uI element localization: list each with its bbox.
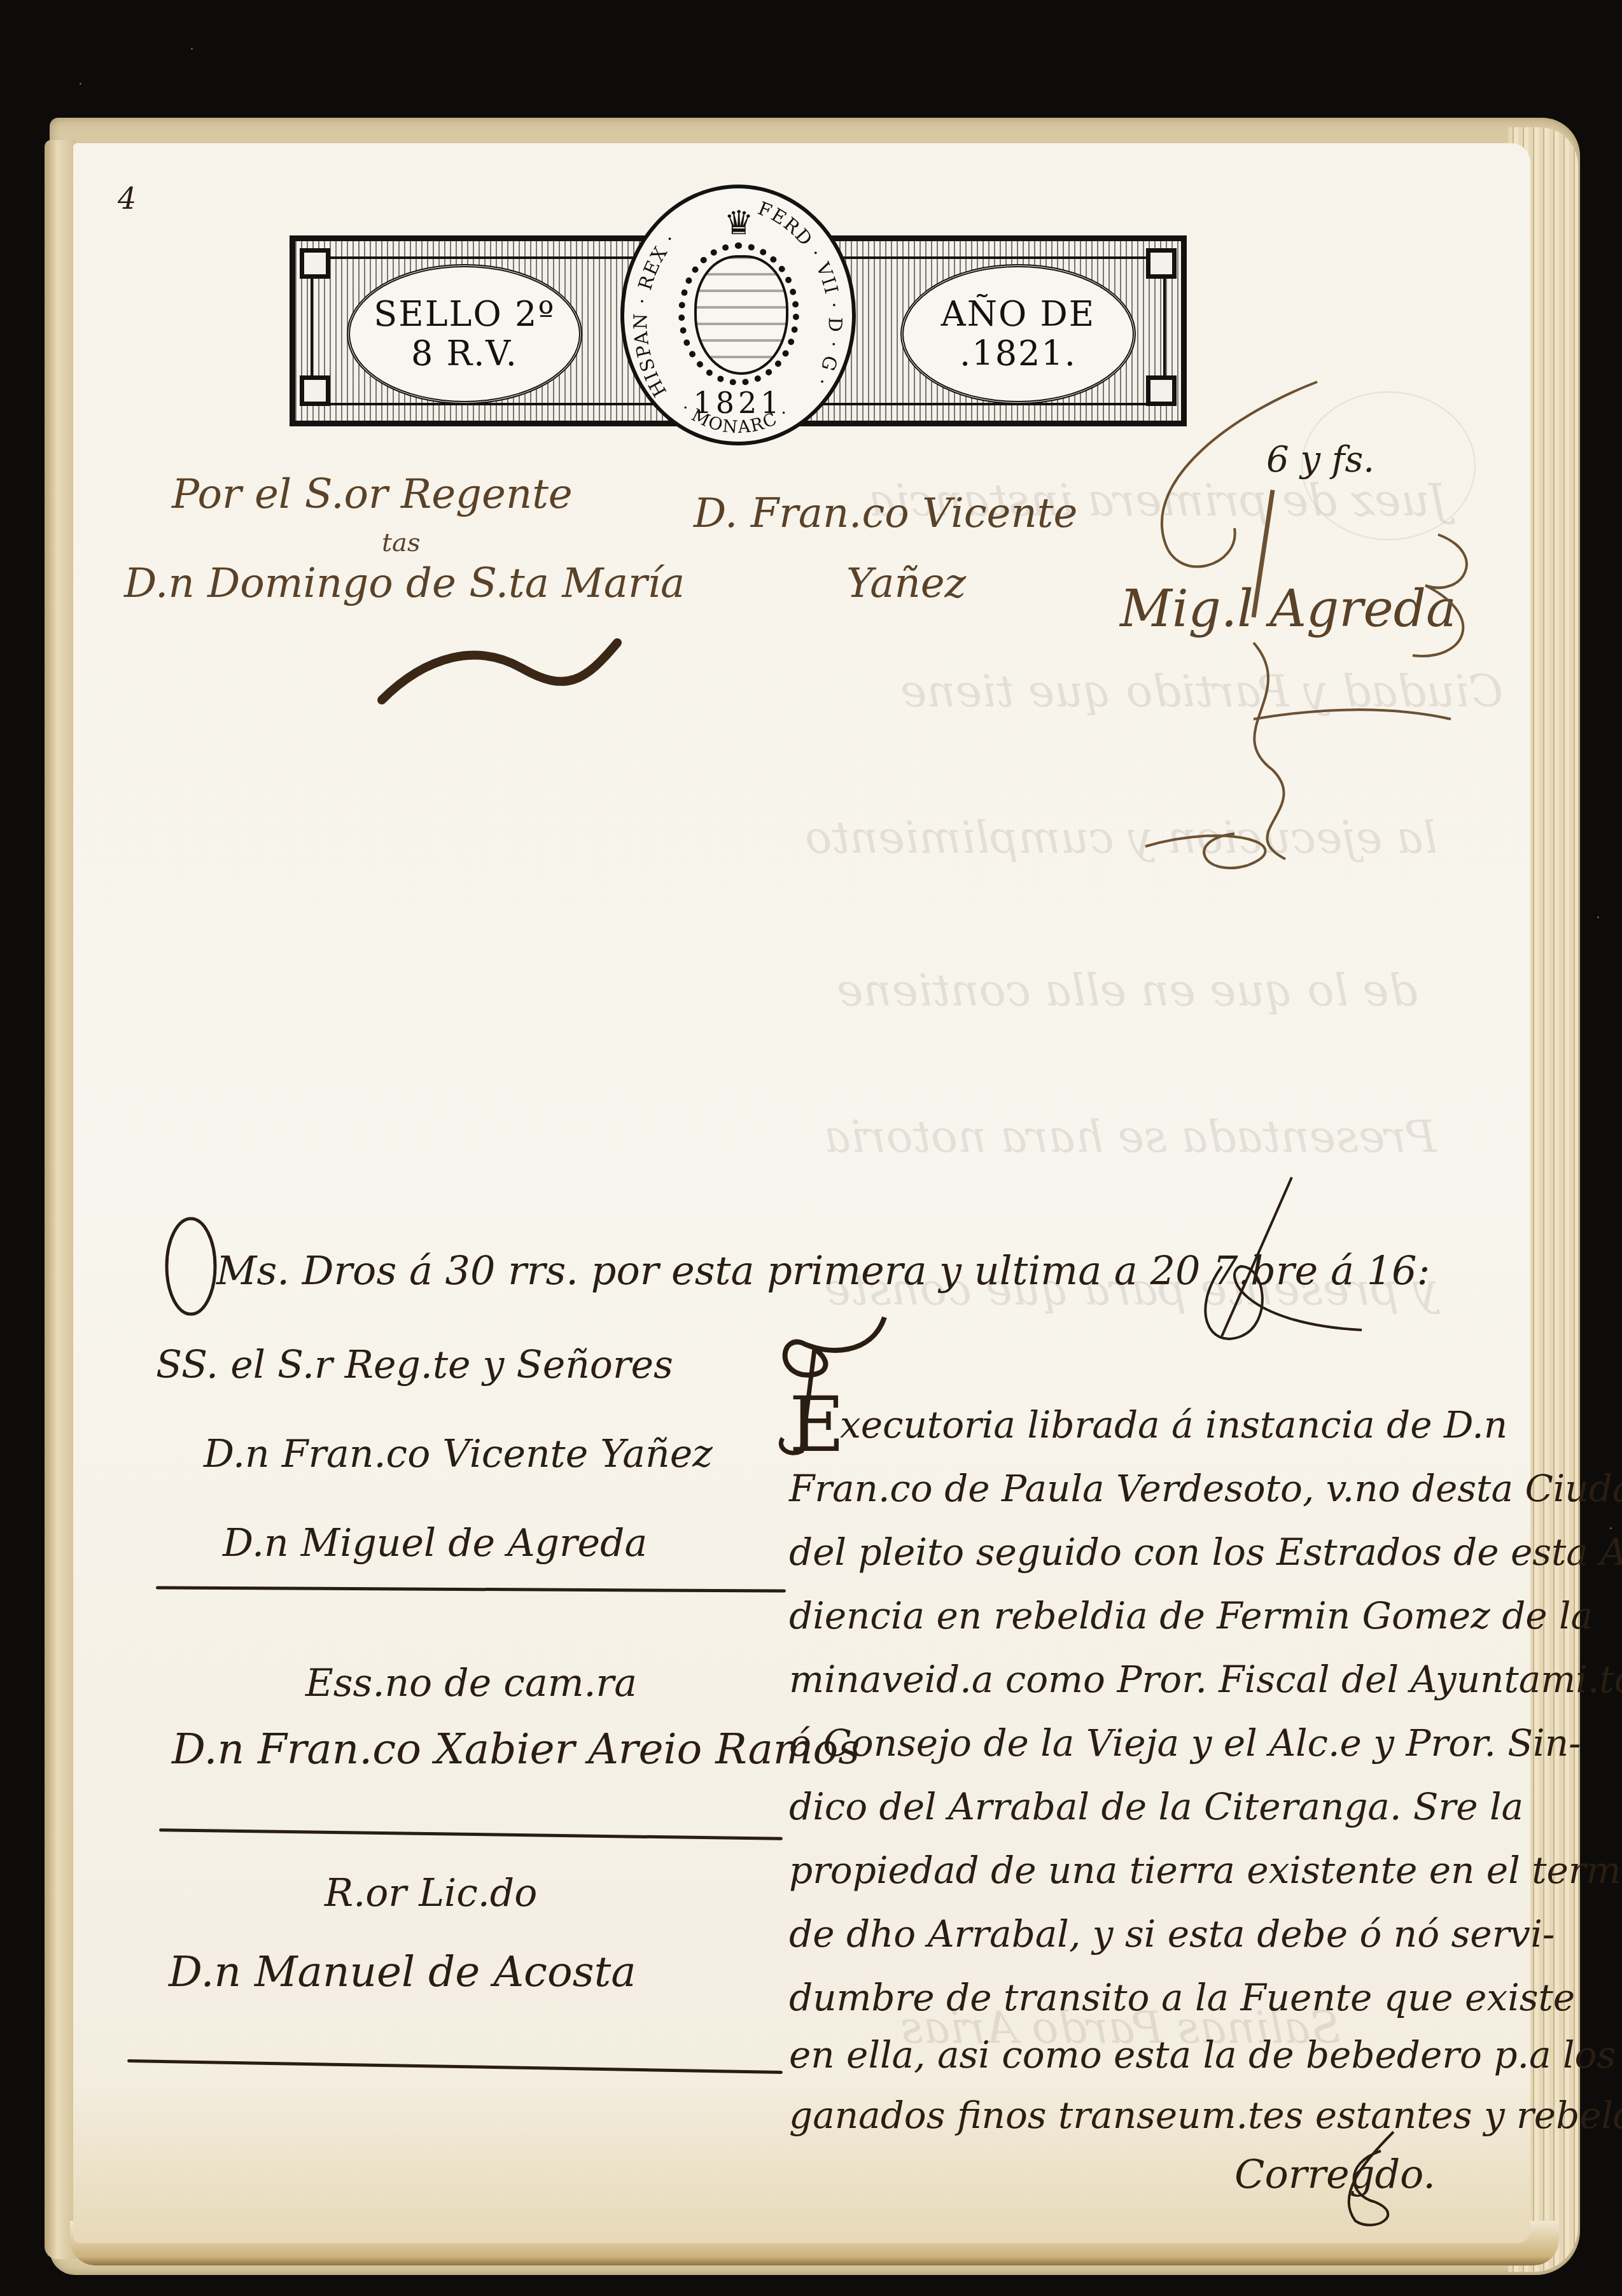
body-line: ó Consejo de la Vieja y el Alc.e y Pror.… — [789, 1721, 1581, 1765]
judge-name-line2: Yañez — [846, 560, 966, 607]
body-line: dico del Arrabal de la Citeranga. Sre la — [789, 1785, 1523, 1828]
seal-year: 1821 — [624, 386, 852, 420]
body-line: propiedad de una tierra existente en el … — [789, 1849, 1622, 1892]
tribunal-member: D.n Fran.co Vicente Yañez — [204, 1432, 713, 1476]
svg-text:HISPAN · REX ·: HISPAN · REX · — [629, 228, 680, 400]
dust-speck — [1597, 916, 1599, 918]
stamp-year-label: AÑO DE — [941, 295, 1095, 334]
greek-key-ornament — [1146, 248, 1177, 279]
revenue-stamp: SELLO 2º 8 R.V. AÑO DE .1821. HISPAN · R… — [290, 185, 1187, 445]
greek-key-ornament — [300, 375, 330, 406]
relator-heading: R.or Lic.do — [325, 1871, 537, 1915]
body-line: Fran.co de Paula Verdesoto, v.no desta C… — [789, 1467, 1622, 1510]
body-line: en ella, asi como esta la de bebedero p.… — [789, 2033, 1616, 2076]
body-line: dumbre de transito a la Fuente que exist… — [789, 1976, 1575, 2019]
body-line: de dho Arrabal, y si esta debe ó nó serv… — [789, 1912, 1555, 1956]
rubric-flourish — [375, 630, 630, 706]
stamp-class: SELLO 2º — [374, 295, 555, 334]
signature-flourish — [1107, 375, 1521, 885]
bleed-through-text: Presentada se hara notoria — [824, 1110, 1436, 1163]
body-line: ganados finos transeum.tes estantes y re… — [789, 2094, 1622, 2137]
judge-name-line1: D. Fran.co Vicente — [694, 490, 1077, 537]
seal-text-left: HISPAN · REX · — [629, 228, 680, 400]
body-line: minaveid.a como Pror. Fiscal del Ayuntam… — [789, 1658, 1622, 1701]
body-line: diencia en rebeldia de Fermin Gomez de l… — [789, 1594, 1593, 1637]
bleed-through-text: de lo que en ella contiene — [837, 964, 1418, 1016]
folio-number: 4 — [118, 181, 136, 216]
dust-speck — [1610, 1527, 1612, 1529]
relator-name: D.n Manuel de Acosta — [169, 1947, 636, 1996]
dust-speck — [191, 48, 193, 50]
royal-seal: HISPAN · REX · FERD · VII · D · G · ET ·… — [620, 185, 856, 445]
body-line: del pleito seguido con los Estrados de e… — [789, 1530, 1622, 1574]
escribano-name: D.n Fran.co Xabier Areio Ramos — [172, 1725, 860, 1774]
drop-cap: E — [789, 1381, 845, 1469]
dust-speck — [80, 83, 81, 85]
presiding-note: Por el S.or Regente — [172, 471, 573, 518]
crown-icon: ♛ — [713, 206, 764, 241]
stamp-denomination-oval: SELLO 2º 8 R.V. — [347, 264, 582, 404]
presiding-judge-name: D.n Domingo de S.ta María — [124, 560, 685, 607]
body-line: xecutoria librada á instancia de D.n — [840, 1403, 1507, 1446]
escribano-heading: Ess.no de cam.ra — [305, 1661, 637, 1705]
stamp-year-value: .1821. — [960, 334, 1077, 374]
stamp-year-oval: AÑO DE .1821. — [900, 264, 1136, 404]
greek-key-ornament — [300, 248, 330, 279]
rubric-flourish — [1324, 2125, 1413, 2234]
coat-of-arms-shield-icon — [694, 255, 788, 375]
stamp-value: 8 R.V. — [411, 334, 518, 374]
tribunal-member: D.n Miguel de Agreda — [223, 1521, 647, 1565]
rubric-flourish — [1184, 1171, 1374, 1355]
tribunal-heading: SS. el S.r Reg.te y Señores — [156, 1343, 673, 1387]
page-edges-left — [45, 140, 76, 2259]
presiding-note-superscript: tas — [382, 528, 420, 557]
